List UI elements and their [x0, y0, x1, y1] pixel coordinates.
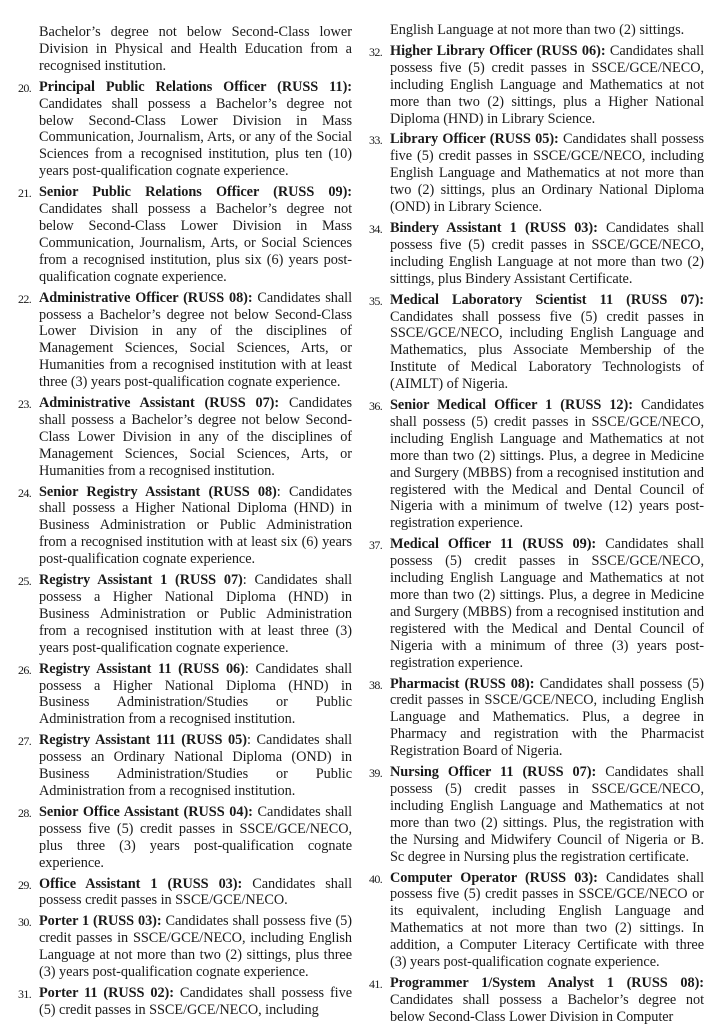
item-title: Office Assistant 1 (RUSS 03): [39, 876, 242, 892]
item-number: 36. [369, 398, 382, 415]
list-item: 20.Principal Public Relations Officer (R… [18, 79, 352, 180]
item-body: Candidates shall possess (5) credit pass… [390, 397, 704, 531]
item-number: 38. [369, 677, 382, 694]
continuation-text: Bachelor’s degree not below Second-Class… [18, 24, 352, 75]
list-item: 32.Higher Library Officer (RUSS 06): Can… [369, 43, 704, 128]
list-item: 25.Registry Assistant 1 (RUSS 07): Candi… [18, 572, 352, 657]
item-body: Candidates shall possess (5) credit pass… [390, 536, 704, 670]
list-item: 41.Programmer 1/System Analyst 1 (RUSS 0… [369, 975, 704, 1024]
item-title: Senior Medical Officer 1 (RUSS 12): [390, 397, 633, 413]
item-number: 24. [18, 485, 31, 502]
item-title: Pharmacist (RUSS 08): [390, 676, 534, 692]
item-title: Programmer 1/System Analyst 1 (RUSS 08): [390, 975, 704, 991]
item-number: 32. [369, 44, 382, 61]
item-number: 33. [369, 132, 382, 149]
list-item: 24.Senior Registry Assistant (RUSS 08): … [18, 484, 352, 569]
item-title: Senior Registry Assistant (RUSS 08) [39, 484, 277, 500]
item-number: 34. [369, 221, 382, 238]
item-number: 23. [18, 396, 31, 413]
item-title: Porter 11 (RUSS 02): [39, 985, 174, 1001]
list-item: 36.Senior Medical Officer 1 (RUSS 12): C… [369, 397, 704, 532]
list-item: 40.Computer Operator (RUSS 03): Candidat… [369, 870, 704, 971]
item-title: Medical Officer 11 (RUSS 09): [390, 536, 596, 552]
item-title: Computer Operator (RUSS 03): [390, 870, 598, 886]
item-title: Administrative Officer (RUSS 08): [39, 290, 253, 306]
item-number: 30. [18, 914, 31, 931]
list-item: 34.Bindery Assistant 1 (RUSS 03): Candid… [369, 220, 704, 288]
item-title: Bindery Assistant 1 (RUSS 03): [390, 220, 598, 236]
item-title: Medical Laboratory Scientist 11 (RUSS 07… [390, 292, 704, 308]
list-item: 26.Registry Assistant 11 (RUSS 06): Cand… [18, 661, 352, 729]
item-body: Candidates shall possess a Bachelor’s de… [390, 992, 704, 1024]
list-item: 33.Library Officer (RUSS 05): Candidates… [369, 131, 704, 216]
item-title: Higher Library Officer (RUSS 06): [390, 43, 606, 59]
left-column: Bachelor’s degree not below Second-Class… [18, 24, 352, 1023]
item-title: Principal Public Relations Officer (RUSS… [39, 79, 352, 95]
item-number: 35. [369, 293, 382, 310]
right-column: English Language at not more than two (2… [369, 22, 704, 1024]
list-item: 31.Porter 11 (RUSS 02): Candidates shall… [18, 985, 352, 1019]
list-item: 30.Porter 1 (RUSS 03): Candidates shall … [18, 913, 352, 981]
item-title: Nursing Officer 11 (RUSS 07): [390, 764, 596, 780]
item-title: Senior Public Relations Officer (RUSS 09… [39, 184, 352, 200]
item-title: Registry Assistant 11 (RUSS 06) [39, 661, 245, 677]
item-number: 26. [18, 662, 31, 679]
item-number: 22. [18, 291, 31, 308]
item-number: 29. [18, 877, 31, 894]
item-number: 25. [18, 573, 31, 590]
item-number: 27. [18, 733, 31, 750]
item-number: 31. [18, 986, 31, 1003]
continuation-text: English Language at not more than two (2… [369, 22, 704, 39]
item-number: 21. [18, 185, 31, 202]
list-item: 39.Nursing Officer 11 (RUSS 07): Candida… [369, 764, 704, 865]
item-body: Candidates shall possess a Bachelor’s de… [39, 96, 352, 180]
list-item: 22.Administrative Officer (RUSS 08): Can… [18, 290, 352, 391]
item-number: 41. [369, 976, 382, 993]
item-title: Registry Assistant 111 (RUSS 05) [39, 732, 247, 748]
list-item: 35.Medical Laboratory Scientist 11 (RUSS… [369, 292, 704, 393]
item-title: Library Officer (RUSS 05): [390, 131, 559, 147]
item-number: 37. [369, 537, 382, 554]
item-number: 20. [18, 80, 31, 97]
list-item: 28.Senior Office Assistant (RUSS 04): Ca… [18, 804, 352, 872]
item-title: Senior Office Assistant (RUSS 04): [39, 804, 253, 820]
item-title: Porter 1 (RUSS 03): [39, 913, 162, 929]
item-title: Registry Assistant 1 (RUSS 07) [39, 572, 243, 588]
list-item: 29.Office Assistant 1 (RUSS 03): Candida… [18, 876, 352, 910]
list-item: 27.Registry Assistant 111 (RUSS 05): Can… [18, 732, 352, 800]
list-item: 23.Administrative Assistant (RUSS 07): C… [18, 395, 352, 480]
item-number: 28. [18, 805, 31, 822]
item-title: Administrative Assistant (RUSS 07): [39, 395, 279, 411]
list-item: 21.Senior Public Relations Officer (RUSS… [18, 184, 352, 285]
item-body: Candidates shall possess five (5) credit… [390, 309, 704, 393]
list-item: 38.Pharmacist (RUSS 08): Candidates shal… [369, 676, 704, 761]
item-number: 40. [369, 871, 382, 888]
list-item: 37.Medical Officer 11 (RUSS 09): Candida… [369, 536, 704, 671]
item-body: Candidates shall possess a Bachelor’s de… [39, 201, 352, 285]
item-number: 39. [369, 765, 382, 782]
